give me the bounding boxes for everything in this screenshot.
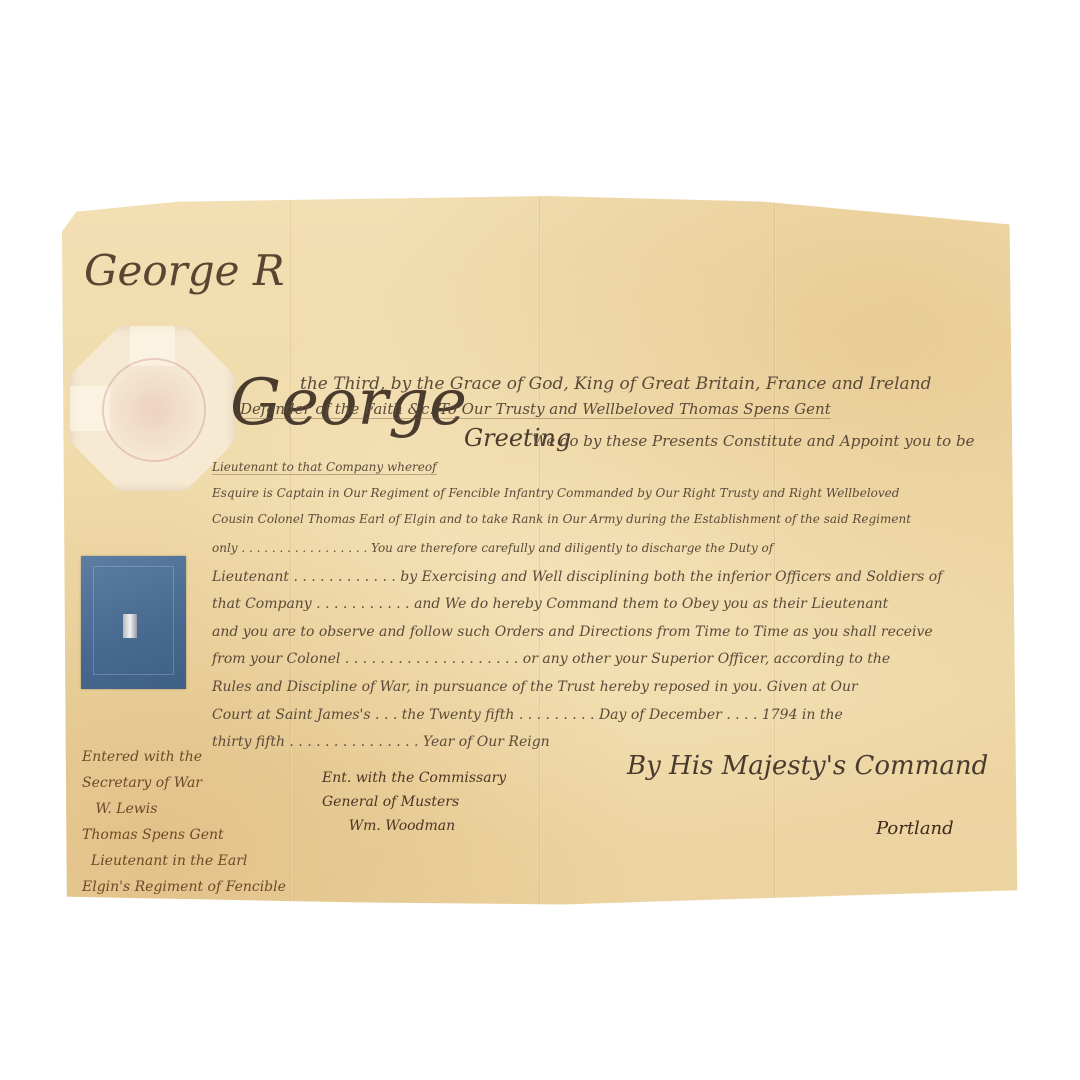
commission-document: George R George the Third, by the Grace … — [62, 196, 1024, 908]
text-line: that Company . . . . . . . . . . . and W… — [212, 596, 888, 612]
text-line: the Third, by the Grace of God, King of … — [300, 374, 932, 394]
text-line: Esquire is Captain in Our Regiment of Fe… — [212, 486, 899, 500]
text-line: Lieutenant to that Company whereof — [212, 460, 437, 475]
text-line: Lieutenant . . . . . . . . . . . . by Ex… — [212, 569, 942, 585]
stamp-foil — [123, 614, 137, 638]
royal-sign-manual: George R — [84, 246, 284, 295]
war-office-entry-note: Entered with the Secretary of War W. Lew… — [82, 744, 286, 926]
revenue-stamp-icon — [81, 556, 186, 689]
text-line: Court at Saint James's . . . the Twenty … — [212, 707, 843, 723]
paper-seal-icon — [70, 326, 235, 491]
text-line: We do by these Presents Constitute and A… — [532, 432, 974, 450]
text-line: Cousin Colonel Thomas Earl of Elgin and … — [212, 512, 911, 526]
fold-line — [774, 196, 776, 908]
text-line: Defender of the Faith &c. To Our Trusty … — [240, 400, 831, 419]
muster-entry-note: Ent. with the Commissary General of Must… — [322, 766, 506, 838]
text-line: from your Colonel . . . . . . . . . . . … — [212, 651, 890, 667]
seal-emblem-icon — [102, 358, 206, 462]
text-line: Rules and Discipline of War, in pursuanc… — [212, 679, 858, 695]
text-line: only . . . . . . . . . . . . . . . . . Y… — [212, 541, 773, 555]
countersignature: Portland — [876, 818, 954, 839]
royal-command-line: By His Majesty's Command — [627, 751, 988, 781]
text-line: and you are to observe and follow such O… — [212, 624, 933, 640]
